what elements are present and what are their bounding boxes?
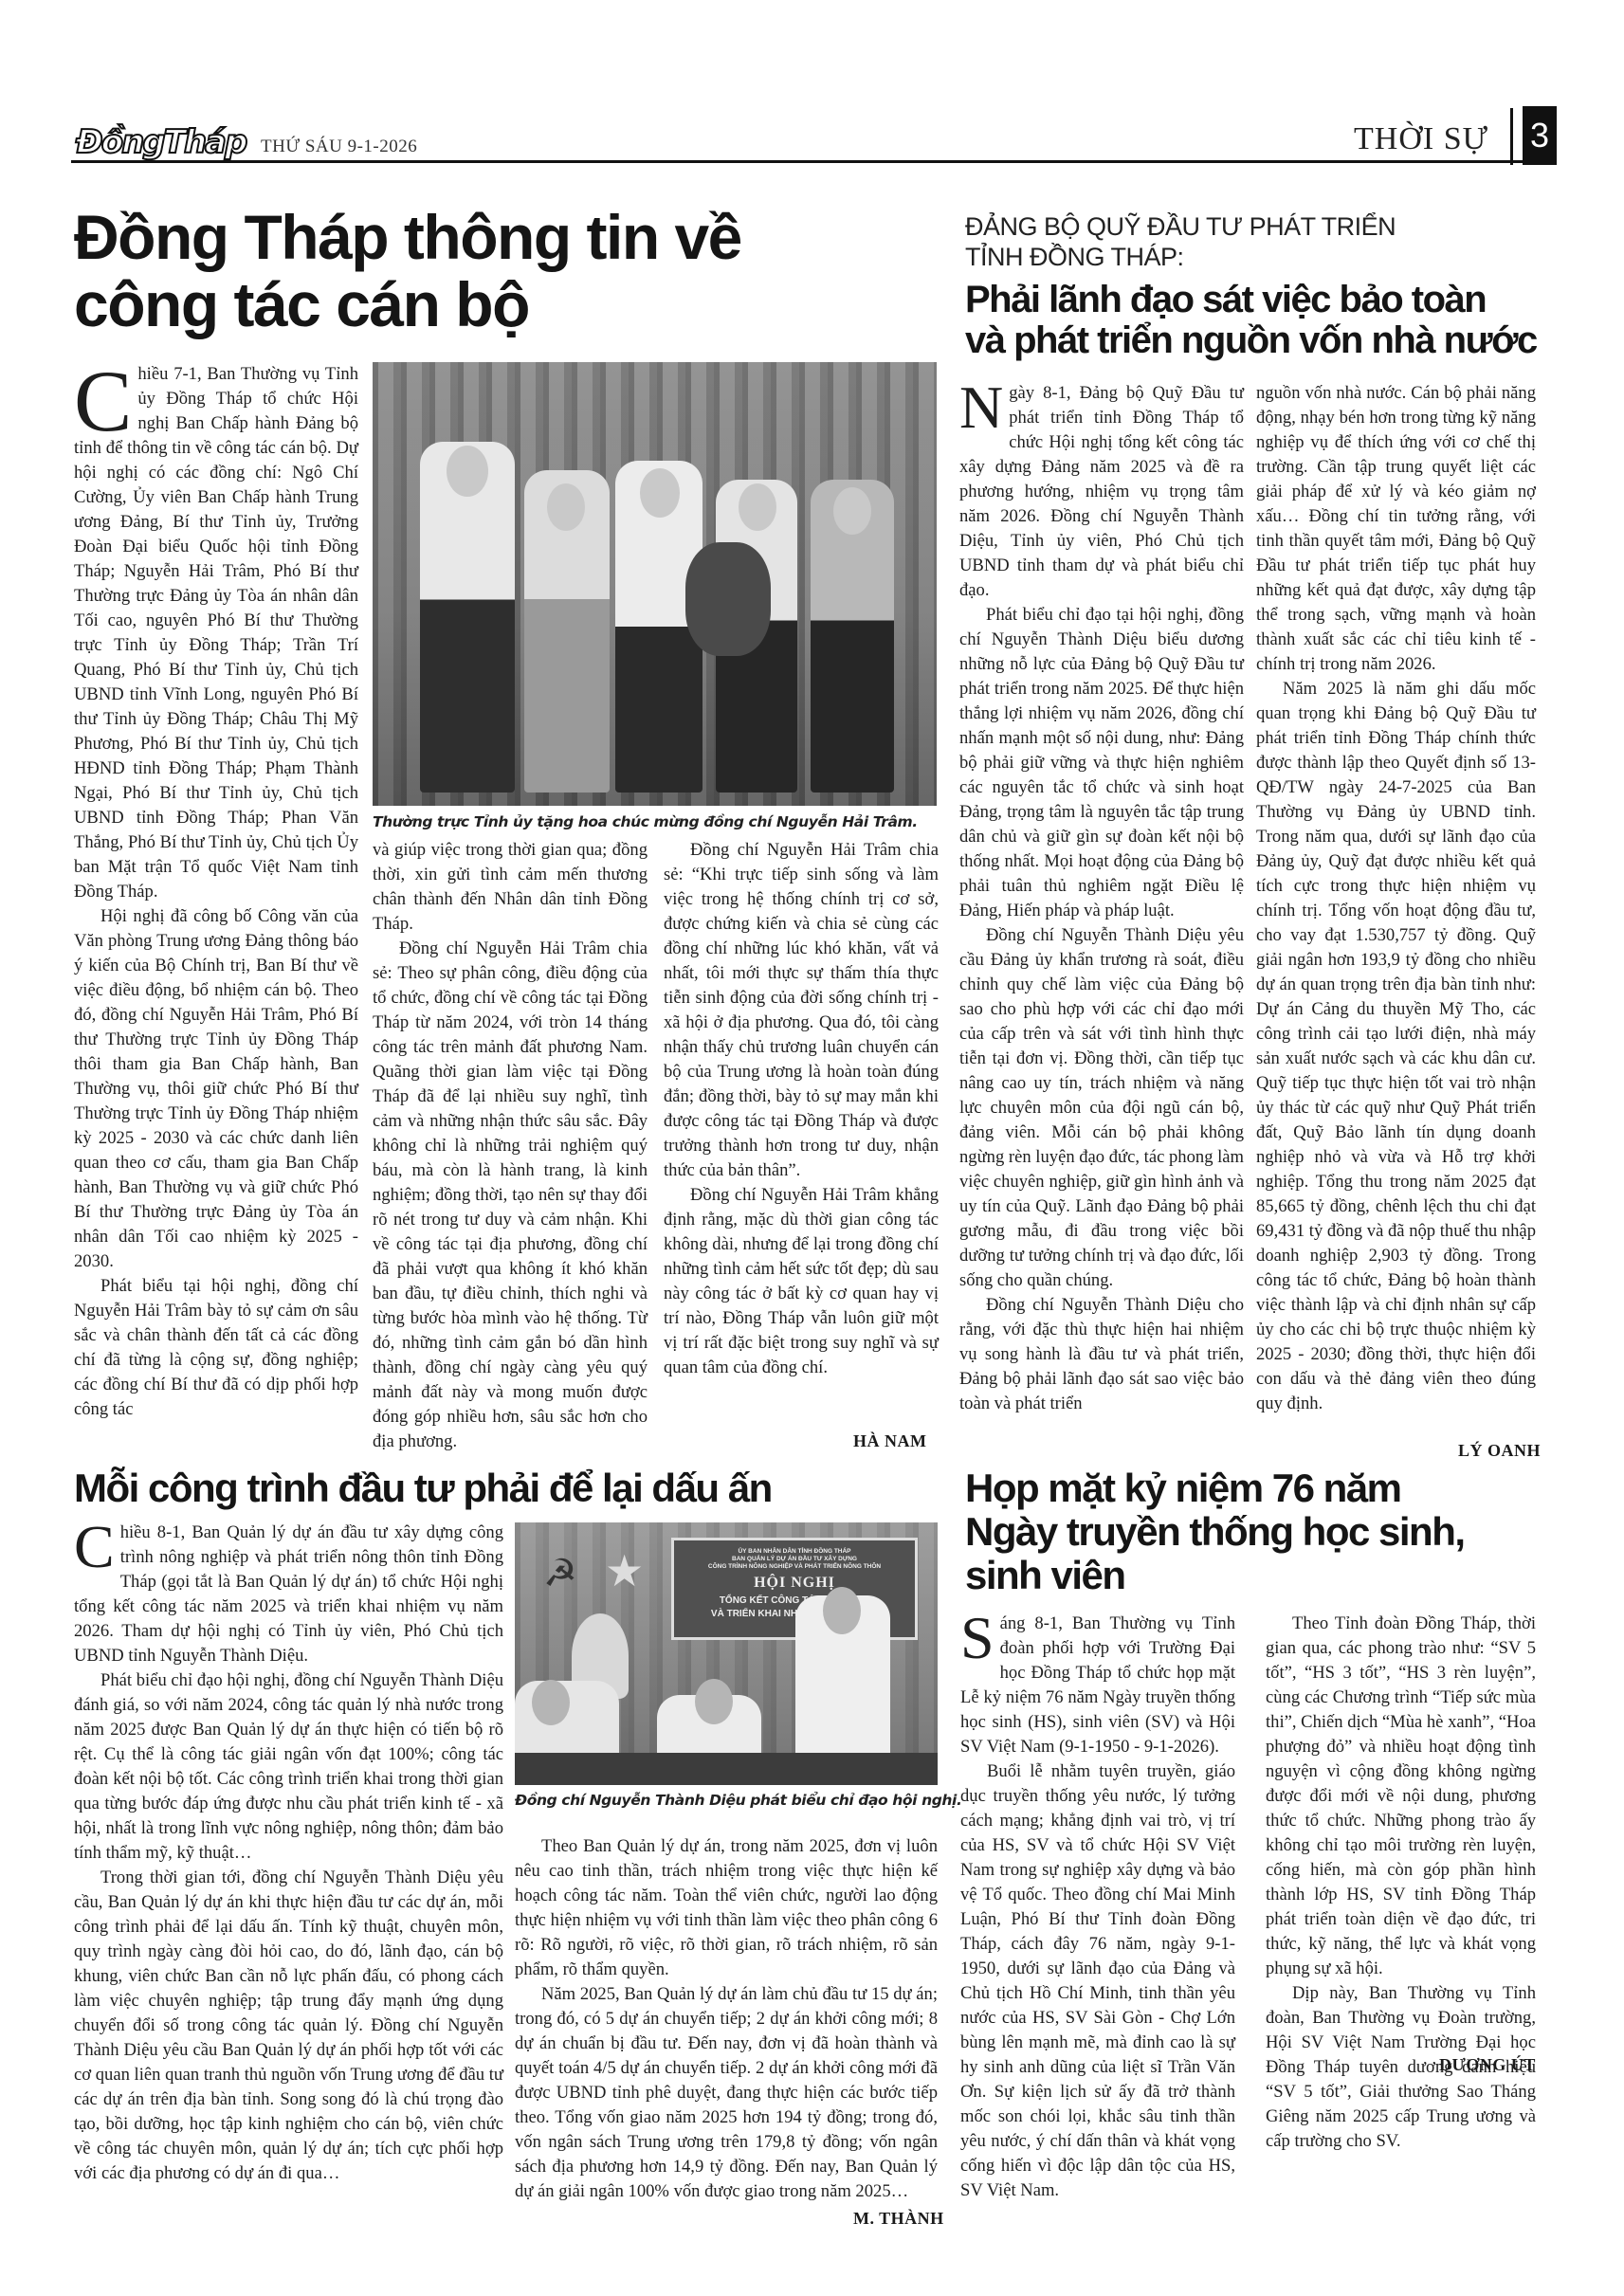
paragraph: Đồng chí Nguyễn Thành Diệu cho rằng, với… xyxy=(959,1293,1244,1416)
author-byline: M. THÀNH xyxy=(853,2209,944,2229)
paragraph: Theo Ban Quản lý dự án, trong năm 2025, … xyxy=(515,1834,938,1982)
paragraph: Phát biểu tại hội nghị, đồng chí Nguyễn … xyxy=(74,1274,358,1422)
author-byline: HÀ NAM xyxy=(853,1431,927,1451)
masthead: ĐồngTháp THỨ SÁU 9-1-2026 THỜI SỰ 3 xyxy=(71,114,1555,163)
paragraph: Đồng chí Nguyễn Hải Trâm chia sẻ: Theo s… xyxy=(373,937,648,1454)
headline-line: và phát triển nguồn vốn nhà nước xyxy=(965,319,1537,361)
person-head xyxy=(833,487,871,535)
author-byline: DƯƠNG ÚT xyxy=(1439,2055,1536,2075)
article-headline: Đồng Tháp thông tin về công tác cán bộ xyxy=(74,204,741,339)
person-head xyxy=(695,1679,733,1724)
kicker-line: TỈNH ĐỒNG THÁP: xyxy=(965,243,1184,271)
banner-text: CÔNG TRÌNH NÔNG NGHIỆP VÀ PHÁT TRIỂN NÔN… xyxy=(708,1563,881,1570)
photo-flower-presentation xyxy=(373,362,937,806)
article-headline: Phải lãnh đạo sát việc bảo toàn và phát … xyxy=(965,280,1537,361)
banner-text: ỦY BAN NHÂN DÂN TỈNH ĐỒNG THÁP xyxy=(738,1548,850,1555)
headline-line: công tác cán bộ xyxy=(74,269,529,339)
paragraph: áng 8-1, Ban Thường vụ Tỉnh đoàn phối hợ… xyxy=(960,1613,1235,1757)
article-column: Chiều 7-1, Ban Thường vụ Tỉnh ủy Đồng Th… xyxy=(74,362,358,1422)
headline-line: Phải lãnh đạo sát việc bảo toàn xyxy=(965,279,1486,320)
article-column: Sáng 8-1, Ban Thường vụ Tỉnh đoàn phối h… xyxy=(960,1612,1235,2203)
person-head xyxy=(823,1587,861,1634)
person-head xyxy=(547,483,585,531)
conference-table xyxy=(515,1753,938,1785)
paragraph: Theo Tỉnh đoàn Đồng Tháp, thời gian qua,… xyxy=(1266,1612,1536,1981)
paragraph: Trong thời gian tới, đồng chí Nguyễn Thà… xyxy=(74,1866,503,2186)
hammer-sickle-emblem: ☭ xyxy=(543,1551,577,1595)
article-headline: Họp mặt kỷ niệm 76 năm Ngày truyền thống… xyxy=(965,1467,1465,1597)
person-head xyxy=(640,468,680,518)
page-number: 3 xyxy=(1523,106,1557,165)
flower-bouquet xyxy=(685,542,771,656)
drop-cap: C xyxy=(74,366,132,436)
paragraph: Đồng chí Nguyễn Thành Diệu yêu cầu Đảng … xyxy=(959,923,1244,1293)
issue-date: THỨ SÁU 9-1-2026 xyxy=(261,137,417,157)
banner-title: HỘI NGHỊ xyxy=(674,1575,915,1592)
person-head xyxy=(447,446,488,497)
headline-line: sinh viên xyxy=(965,1553,1125,1597)
article-column: Đồng chí Nguyễn Hải Trâm chia sẻ: “Khi t… xyxy=(664,838,939,1380)
person-head xyxy=(739,483,776,531)
section-title: THỜI SỰ xyxy=(1354,121,1488,157)
article-headline: Mỗi công trình đầu tư phải để lại dấu ấn xyxy=(74,1467,772,1509)
author-byline: LÝ OANH xyxy=(1458,1441,1541,1461)
paragraph: nguồn vốn nhà nước. Cán bộ phải năng độn… xyxy=(1256,381,1536,677)
drop-cap: C xyxy=(74,1522,115,1572)
paragraph: hiều 8-1, Ban Quản lý dự án đầu tư xây d… xyxy=(74,1522,503,1666)
headline-line: Đồng Tháp thông tin về xyxy=(74,202,741,272)
kicker-line: ĐẢNG BỘ QUỸ ĐẦU TƯ PHÁT TRIỂN xyxy=(965,212,1396,241)
paragraph: Đồng chí Nguyễn Hải Trâm chia sẻ: “Khi t… xyxy=(664,838,939,1183)
article-column: nguồn vốn nhà nước. Cán bộ phải năng độn… xyxy=(1256,381,1536,1416)
person-head xyxy=(532,1680,570,1725)
paragraph: hiều 7-1, Ban Thường vụ Tỉnh ủy Đồng Thá… xyxy=(74,364,358,902)
divider xyxy=(1510,108,1513,165)
headline-line: Họp mặt kỷ niệm 76 năm xyxy=(965,1466,1401,1510)
newspaper-logo: ĐồngTháp xyxy=(76,123,246,161)
article-column: và giúp việc trong thời gian qua; đồng t… xyxy=(373,838,648,1454)
paragraph: Hội nghị đã công bố Công văn của Văn phò… xyxy=(74,904,358,1274)
article-kicker: ĐẢNG BỘ QUỸ ĐẦU TƯ PHÁT TRIỂN TỈNH ĐỒNG … xyxy=(965,211,1396,273)
photo-conference: ☭ ★ ỦY BAN NHÂN DÂN TỈNH ĐỒNG THÁPBAN QU… xyxy=(515,1522,938,1785)
paragraph: Năm 2025 là năm ghi dấu mốc quan trọng k… xyxy=(1256,677,1536,1416)
paragraph: Đồng chí Nguyễn Hải Trâm khẳng định rằng… xyxy=(664,1183,939,1380)
photo-caption: Đồng chí Nguyễn Thành Diệu phát biểu chỉ… xyxy=(515,1792,961,1809)
article-column: Theo Ban Quản lý dự án, trong năm 2025, … xyxy=(515,1834,938,2204)
photo-caption: Thường trực Tỉnh ủy tặng hoa chúc mừng đ… xyxy=(373,813,918,830)
drop-cap: S xyxy=(960,1613,994,1663)
paragraph: và giúp việc trong thời gian qua; đồng t… xyxy=(373,838,648,937)
paragraph: Phát biểu chỉ đạo tại hội nghị, đồng chí… xyxy=(959,603,1244,923)
article-column: Chiều 8-1, Ban Quản lý dự án đầu tư xây … xyxy=(74,1521,503,2186)
article-column: Ngày 8-1, Đảng bộ Quỹ Đầu tư phát triển … xyxy=(959,381,1244,1416)
banner-text: BAN QUẢN LÝ DỰ ÁN ĐẦU TƯ XÂY DỰNG xyxy=(732,1556,857,1562)
headline-line: Ngày truyền thống học sinh, xyxy=(965,1509,1465,1554)
paragraph: Buổi lễ nhằm tuyên truyền, giáo dục truy… xyxy=(960,1759,1235,2203)
star-emblem: ★ xyxy=(605,1545,644,1596)
drop-cap: N xyxy=(959,383,1003,432)
paragraph: Năm 2025, Ban Quản lý dự án làm chủ đầu … xyxy=(515,1982,938,2204)
paragraph: Phát biểu chỉ đạo hội nghị, đồng chí Ngu… xyxy=(74,1668,503,1866)
